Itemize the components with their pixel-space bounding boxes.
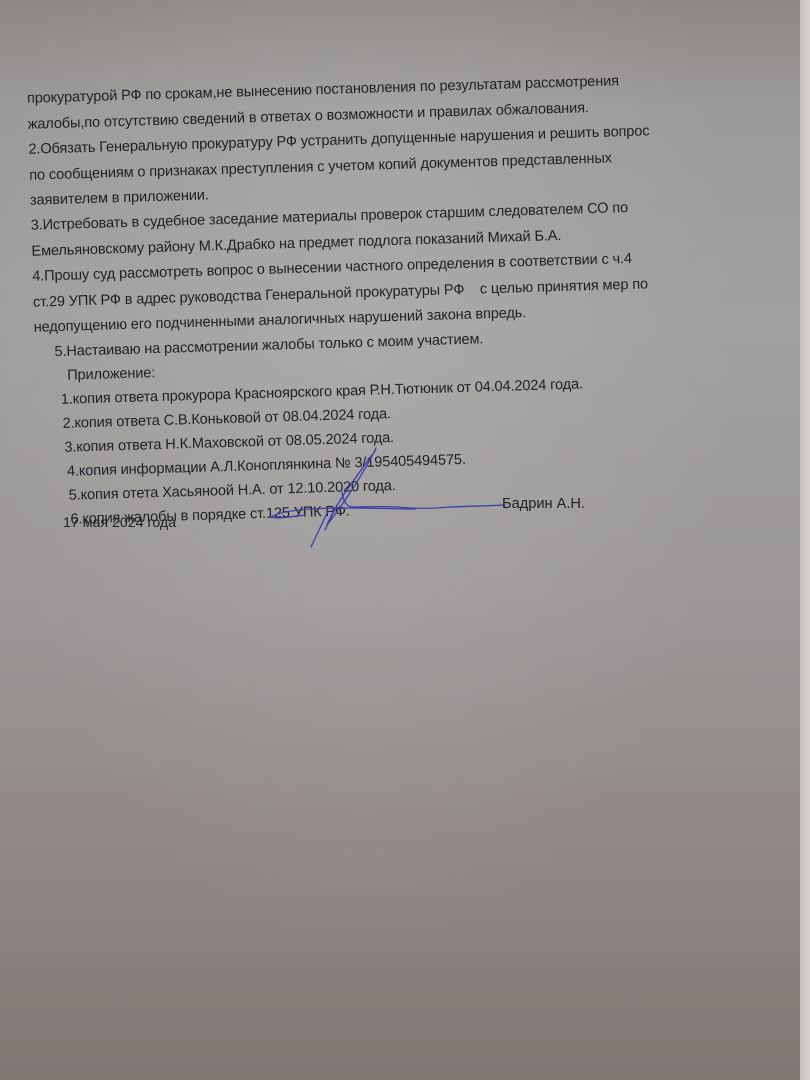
body-line: недопущению его подчиненными аналогичных… [34, 306, 527, 335]
body-line: ст.29 УПК РФ в адрес руководства Генерал… [33, 277, 648, 310]
attachment-item: 2.копия ответа С.В.Коньковой от 08.04.20… [62, 407, 391, 431]
attachments-heading: Приложение: [67, 366, 155, 383]
body-line: заявителем в приложении. [30, 188, 209, 208]
attachment-item: 1.копия ответа прокурора Красноярского к… [61, 377, 583, 407]
signatory-name: Бадрин А.Н. [502, 496, 585, 512]
body-line: по сообщениям о признаках преступления с… [29, 151, 612, 183]
handwritten-signature [265, 445, 525, 555]
body-line: 5.Настаиваю на рассмотрении жалобы тольк… [54, 332, 483, 359]
document-date: 17 мая 2024 года [63, 515, 176, 531]
